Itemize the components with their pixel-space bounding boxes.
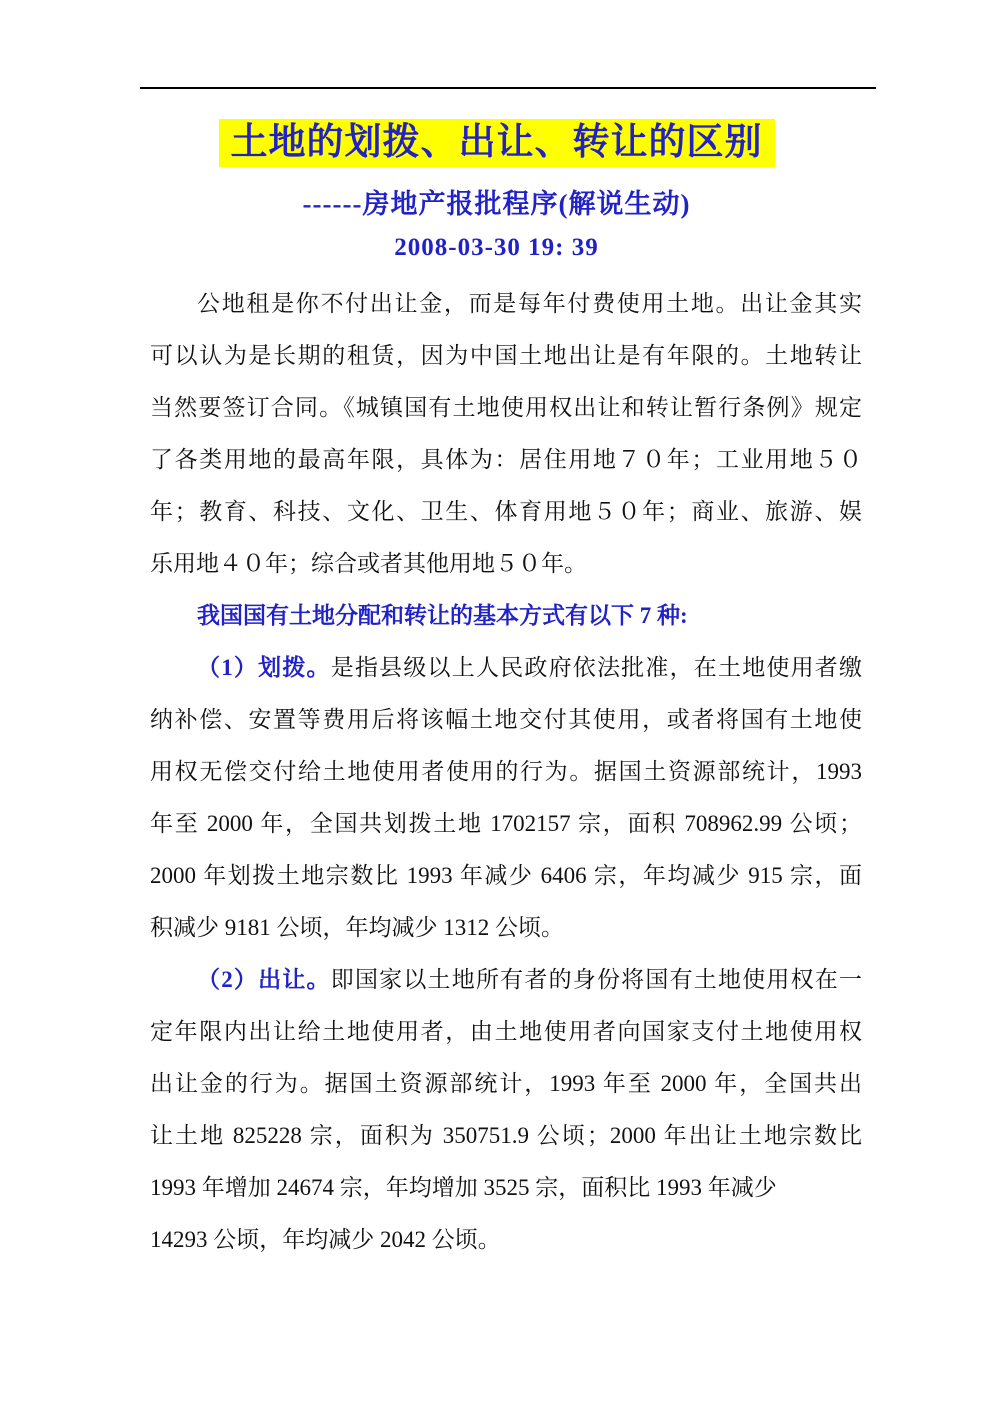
document-title: 土地的划拨、出让、转让的区别 [219,119,775,167]
paragraph-3: （2）出让。即国家以土地所有者的身份将国有土地使用权在一 定年限内出让给土地使用… [150,954,862,1266]
body-line: 用权无偿交付给土地使用者使用的行为。据国土资源部统计，1993 [150,746,862,798]
body-text: 即国家以土地所有者的身份将国有土地使用权在一 [331,967,862,992]
document-datetime: 2008-03-30 19: 39 [0,234,993,262]
body-line: 出让金的行为。据国土资源部统计，1993 年至 2000 年，全国共出 [150,1058,862,1110]
document-subtitle: ------房地产报批程序(解说生动) [0,182,993,221]
item-2-label: （2）出让。 [197,967,331,992]
document-body: 公地租是你不付出让金，而是每年付费使用土地。出让金其实 可以认为是长期的租赁，因… [150,278,862,1266]
body-line: 当然要签订合同。《城镇国有土地使用权出让和转让暂行条例》规定 [150,382,862,434]
body-line: 让土地 825228 宗，面积为 350751.9 公顷；2000 年出让土地宗… [150,1110,862,1162]
body-line: 2000 年划拨土地宗数比 1993 年减少 6406 宗，年均减少 915 宗… [150,850,862,902]
body-line: （2）出让。即国家以土地所有者的身份将国有土地使用权在一 [150,954,862,1006]
body-line: 14293 公顷，年均减少 2042 公顷。 [150,1214,862,1266]
item-1-label: （1）划拨。 [197,655,331,680]
body-line: （1）划拨。是指县级以上人民政府依法批准，在土地使用者缴 [150,642,862,694]
body-line: 年至 2000 年，全国共划拨土地 1702157 宗，面积 708962.99… [150,798,862,850]
paragraph-1: 公地租是你不付出让金，而是每年付费使用土地。出让金其实 可以认为是长期的租赁，因… [150,278,862,590]
title-row: 土地的划拨、出让、转让的区别 [0,119,993,167]
body-line: 了各类用地的最高年限，具体为：居住用地７０年；工业用地５０ [150,434,862,486]
document-page: 土地的划拨、出让、转让的区别 ------房地产报批程序(解说生动) 2008-… [0,0,993,1404]
section-heading: 我国国有土地分配和转让的基本方式有以下 7 种: [150,590,862,642]
body-line: 纳补偿、安置等费用后将该幅土地交付其使用，或者将国有土地使 [150,694,862,746]
body-line: 定年限内出让给土地使用者，由土地使用者向国家支付土地使用权 [150,1006,862,1058]
body-line: 年；教育、科技、文化、卫生、体育用地５０年；商业、旅游、娱 [150,486,862,538]
body-line: 积减少 9181 公顷，年均减少 1312 公顷。 [150,902,862,954]
body-line: 公地租是你不付出让金，而是每年付费使用土地。出让金其实 [150,278,862,330]
body-line: 乐用地４０年；综合或者其他用地５０年。 [150,538,862,590]
header-rule [140,87,876,89]
paragraph-2: （1）划拨。是指县级以上人民政府依法批准，在土地使用者缴 纳补偿、安置等费用后将… [150,642,862,954]
body-line: 1993 年增加 24674 宗，年均增加 3525 宗，面积比 1993 年减… [150,1162,862,1214]
body-line: 可以认为是长期的租赁，因为中国土地出让是有年限的。土地转让 [150,330,862,382]
body-text: 是指县级以上人民政府依法批准，在土地使用者缴 [331,655,862,680]
